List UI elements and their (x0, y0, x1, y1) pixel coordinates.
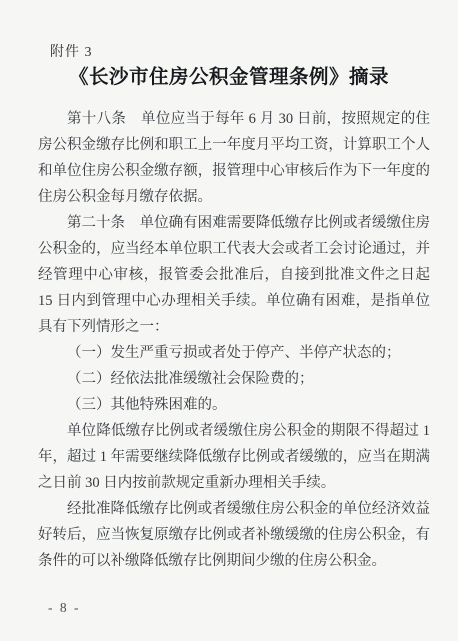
attachment-label: 附件 3 (50, 41, 93, 61)
list-item-1: （一）发生严重亏损或者处于停产、半停产状态的； (38, 340, 430, 366)
paragraph-article-18: 第十八条 单位应当于每年 6 月 30 日前，按照规定的住房公积金缴存比例和职工… (38, 106, 430, 210)
scanned-document-page: 附件 3 《长沙市住房公积金管理条例》摘录 第十八条 单位应当于每年 6 月 3… (0, 0, 458, 641)
paragraph-article-20: 第二十条 单位确有困难需要降低缴存比例或者缓缴住房公积金的，应当经本单位职工代表… (38, 210, 430, 340)
paragraph-recovery: 经批准降低缴存比例或者缓缴住房公积金的单位经济效益好转后，应当恢复原缴存比例或者… (38, 496, 430, 574)
page-title: 《长沙市住房公积金管理条例》摘录 (0, 61, 458, 89)
paragraph-time-limit: 单位降低缴存比例或者缓缴住房公积金的期限不得超过 1 年，超过 1 年需要继续降… (38, 418, 430, 496)
page-number: - 8 - (48, 600, 81, 616)
document-body: 第十八条 单位应当于每年 6 月 30 日前，按照规定的住房公积金缴存比例和职工… (38, 106, 430, 574)
list-item-2: （二）经依法批准缓缴社会保险费的； (38, 366, 430, 392)
list-item-3: （三）其他特殊困难的。 (38, 392, 430, 418)
